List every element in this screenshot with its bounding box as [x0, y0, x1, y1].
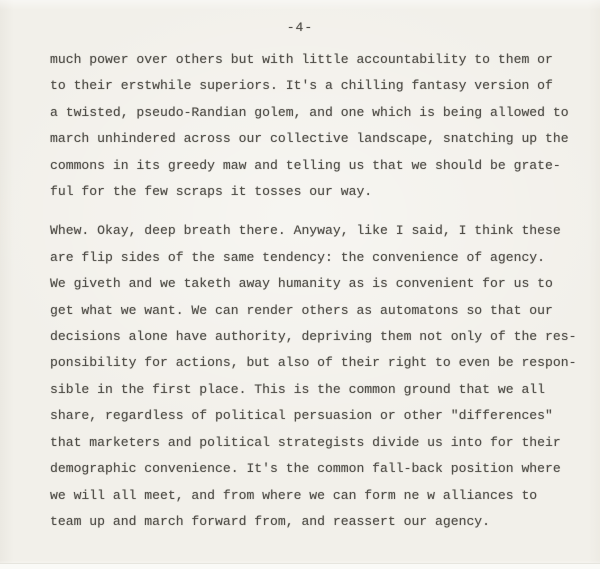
scan-edge: [0, 563, 600, 569]
paragraph-2: Whew. Okay, deep breath there. Anyway, l…: [50, 218, 590, 535]
page-number: -4-: [50, 20, 550, 36]
paragraph-1: much power over others but with little a…: [50, 47, 590, 205]
typewritten-page: -4- much power over others but with litt…: [0, 0, 600, 569]
